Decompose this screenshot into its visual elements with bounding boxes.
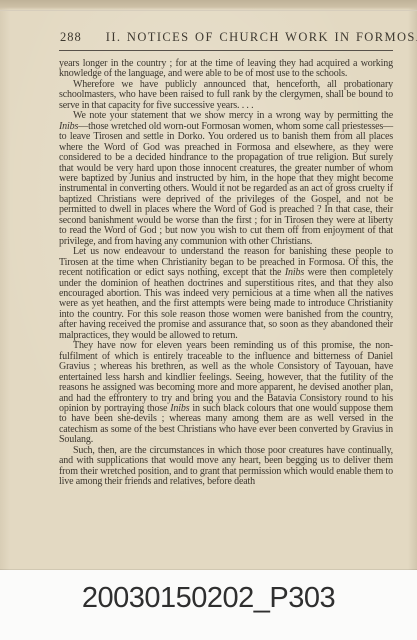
page-content: 288 II. NOTICES OF CHURCH WORK IN FORMOS… xyxy=(59,30,393,488)
page-number: 288 xyxy=(60,30,82,44)
paragraph: Let us now endeavour to understand the r… xyxy=(59,247,393,341)
header-rule xyxy=(59,50,393,51)
scanned-page: 288 II. NOTICES OF CHURCH WORK IN FORMOS… xyxy=(0,0,417,570)
paragraph: years longer in the country ; for at the… xyxy=(59,59,393,80)
body-text: years longer in the country ; for at the… xyxy=(59,59,393,488)
archive-label-strip: 20030150202_P303 xyxy=(0,570,417,640)
archive-label: 20030150202_P303 xyxy=(82,582,335,615)
page-top-shadow xyxy=(0,0,417,11)
paragraph: They have now for eleven years been remi… xyxy=(59,341,393,446)
paragraph: Such, then, are the circumstances in whi… xyxy=(59,446,393,488)
running-title: II. NOTICES OF CHURCH WORK IN FORMOSA xyxy=(106,30,417,44)
paragraph: We note your statement that we show merc… xyxy=(59,111,393,247)
paragraph: Wherefore we have publicly announced tha… xyxy=(59,80,393,111)
page-header: 288 II. NOTICES OF CHURCH WORK IN FORMOS… xyxy=(59,30,393,44)
